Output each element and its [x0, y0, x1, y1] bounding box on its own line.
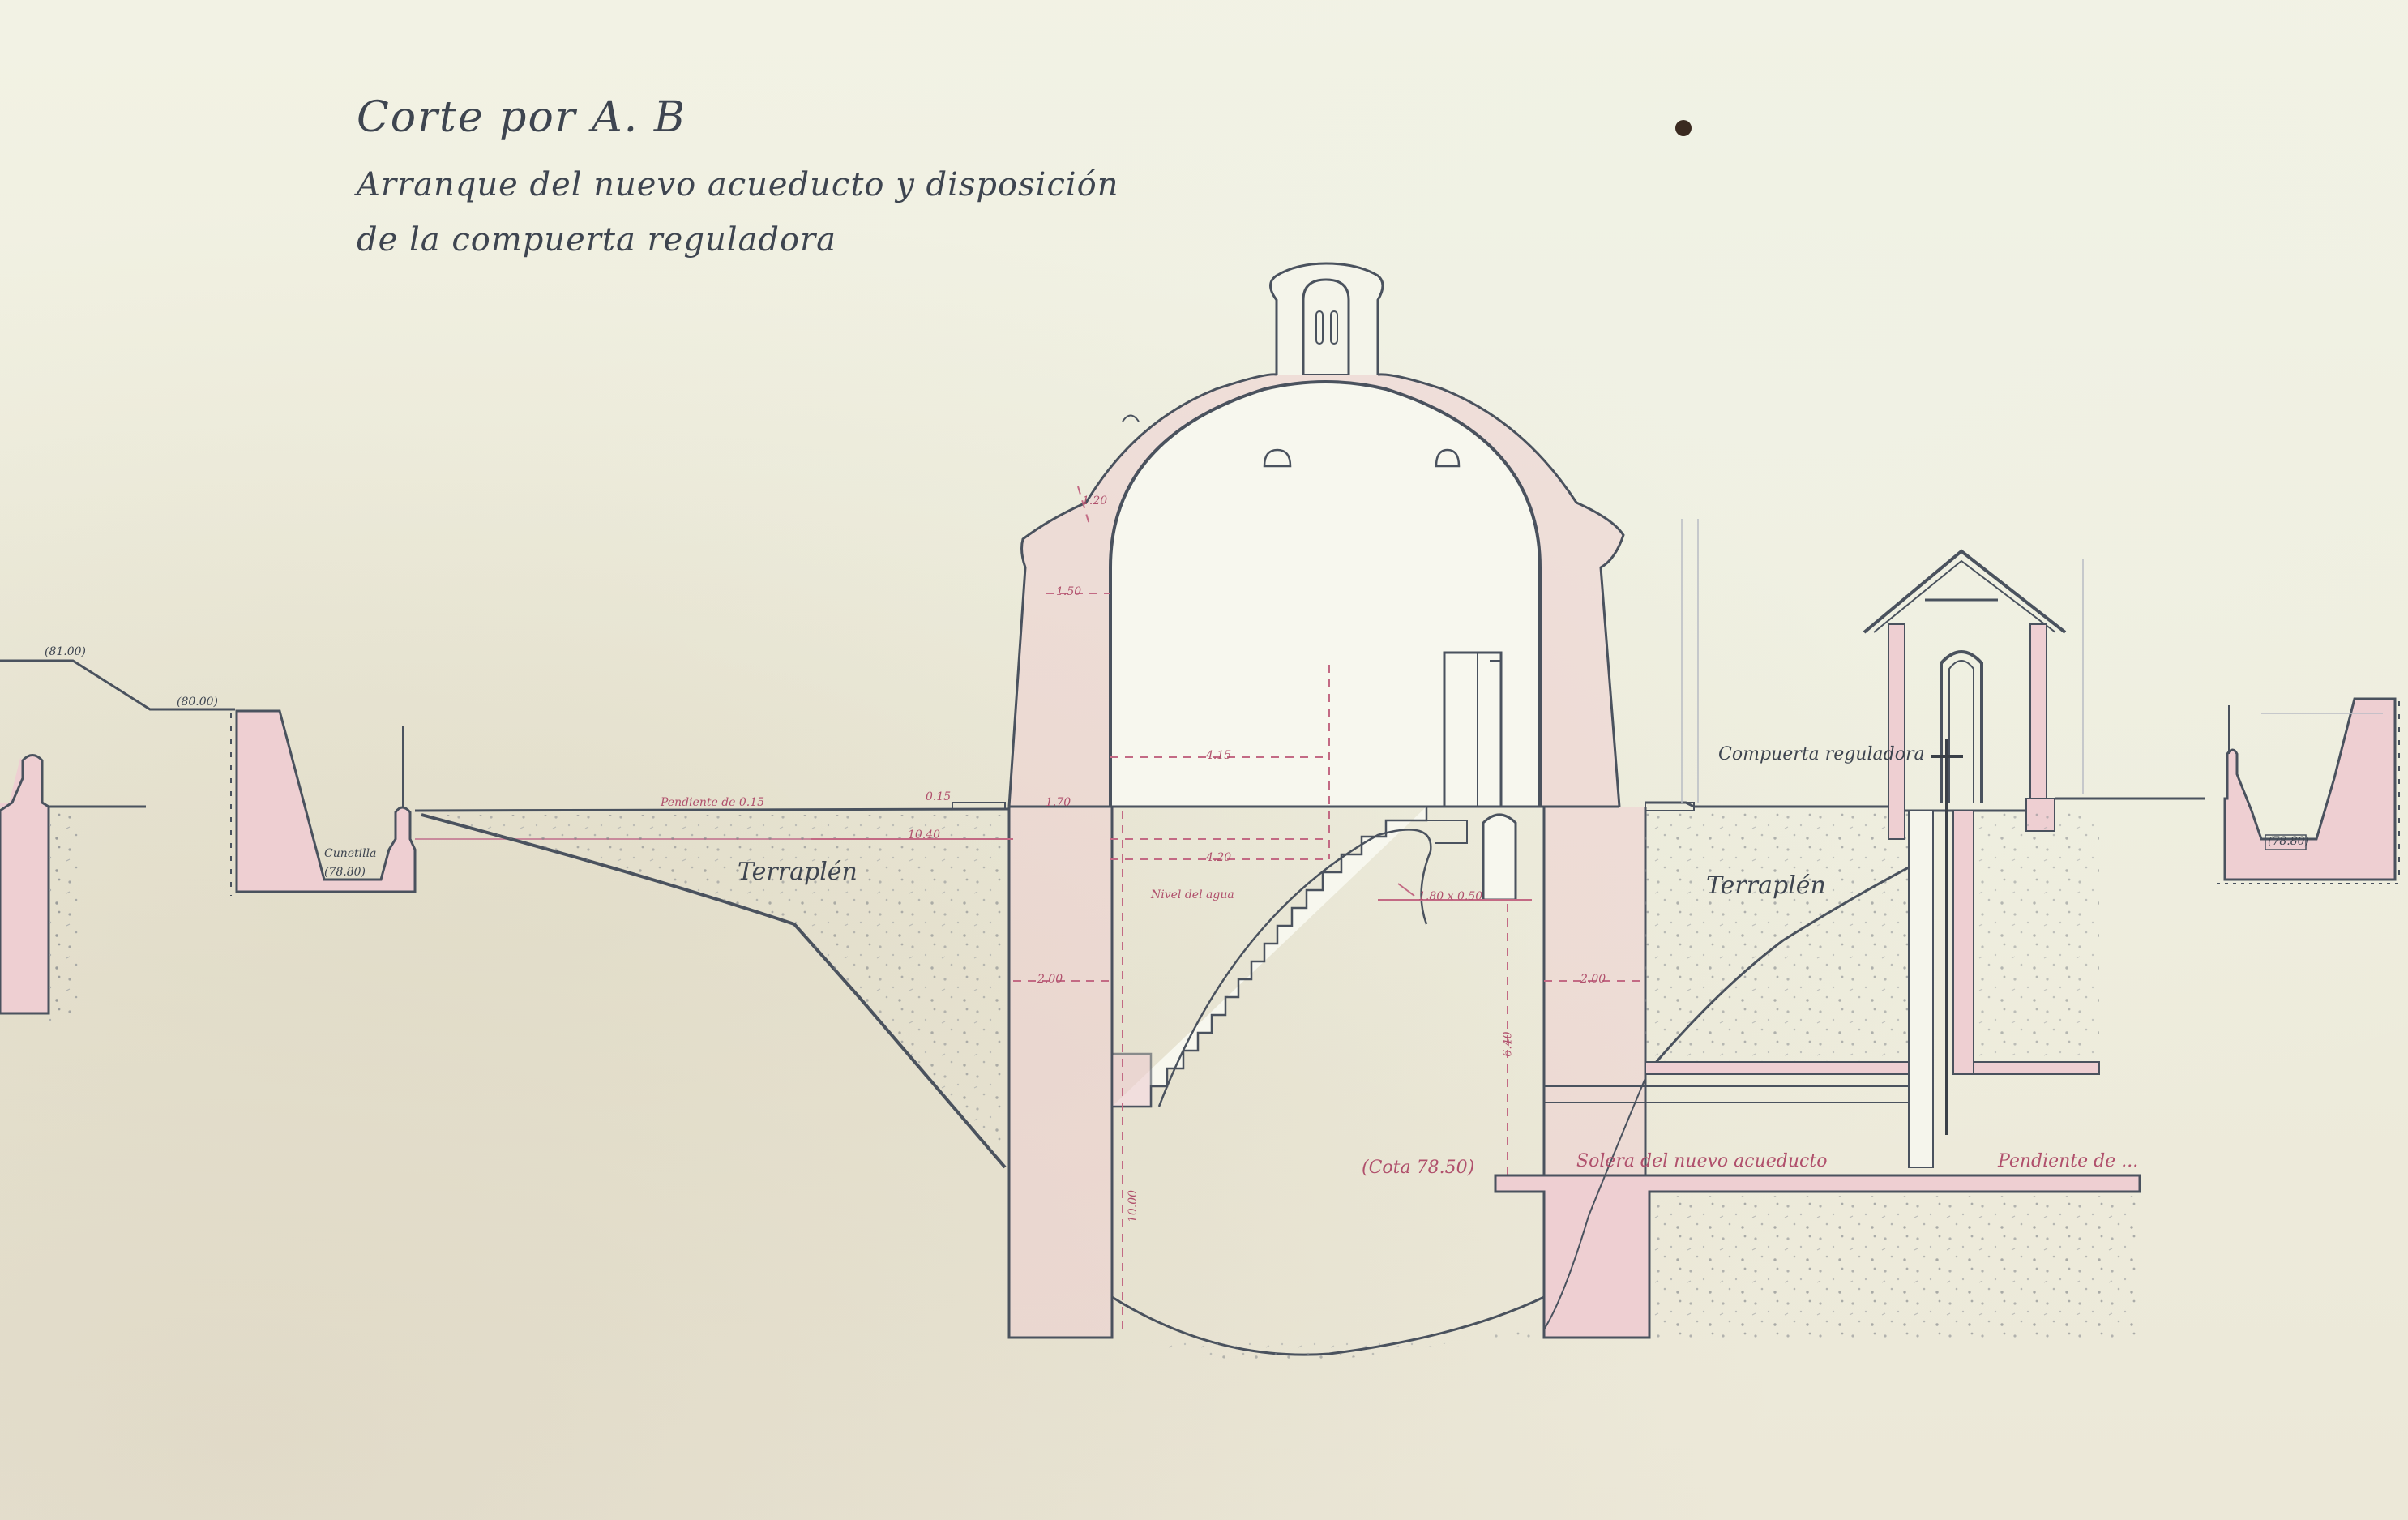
- staircase: [1112, 807, 1431, 1107]
- dim-step: 1.80 x 0.50: [1418, 890, 1482, 903]
- left-trench: [231, 711, 415, 896]
- label-compuerta: Compuerta reguladora: [1718, 744, 1925, 764]
- dim-depth-right: 6.40: [1502, 1031, 1515, 1056]
- right-terraplen: [1645, 803, 1921, 1074]
- label-cunetilla: Cunetilla: [324, 847, 376, 860]
- dim-interior-width-lower: 4.20: [1206, 851, 1231, 864]
- right-trench: [2217, 699, 2403, 884]
- label-left-top-level: (81.00): [45, 645, 86, 658]
- ink-stain: [1675, 120, 1692, 136]
- label-solera: Solera del nuevo acueducto: [1576, 1151, 1827, 1171]
- ground-line-left: [415, 803, 1009, 1167]
- label-pendiente-right: Pendiente de ...: [1998, 1151, 2138, 1171]
- dim-ground-gap: 0.15: [926, 790, 951, 803]
- label-pendiente-left: Pendiente de 0.15: [661, 796, 764, 809]
- label-trench-left-bottom: (78.80): [324, 866, 366, 879]
- dim-interior-width: 4.15: [1206, 749, 1231, 762]
- label-cota: (Cota 78.50): [1362, 1158, 1474, 1178]
- dim-wall-at-floor: 1.70: [1046, 796, 1071, 809]
- dim-wall-upper-arc: 1.20: [1082, 495, 1107, 507]
- gatehouse: [1864, 551, 2205, 1167]
- dim-wall-upper-left: 1.50: [1056, 585, 1081, 598]
- left-pier: [0, 756, 146, 1022]
- dim-depth-left: 10.00: [1127, 1190, 1140, 1222]
- label-nivel-agua: Nivel del agua: [1151, 888, 1234, 901]
- label-trench-right-bottom: (78.80): [2268, 835, 2309, 848]
- paper-sheet: Corte por A. B Arranque del nuevo acuedu…: [0, 0, 2408, 1520]
- label-left-mid-level: (80.00): [177, 696, 218, 709]
- label-terraplen-left: Terraplén: [738, 858, 858, 886]
- dim-wall-lower-right: 2.00: [1580, 973, 1606, 986]
- dim-wall-lower-left: 2.00: [1037, 973, 1063, 986]
- dim-line-level: 10.40: [908, 829, 940, 841]
- label-terraplen-right: Terraplén: [1706, 871, 1826, 900]
- section-drawing: [0, 0, 2408, 1520]
